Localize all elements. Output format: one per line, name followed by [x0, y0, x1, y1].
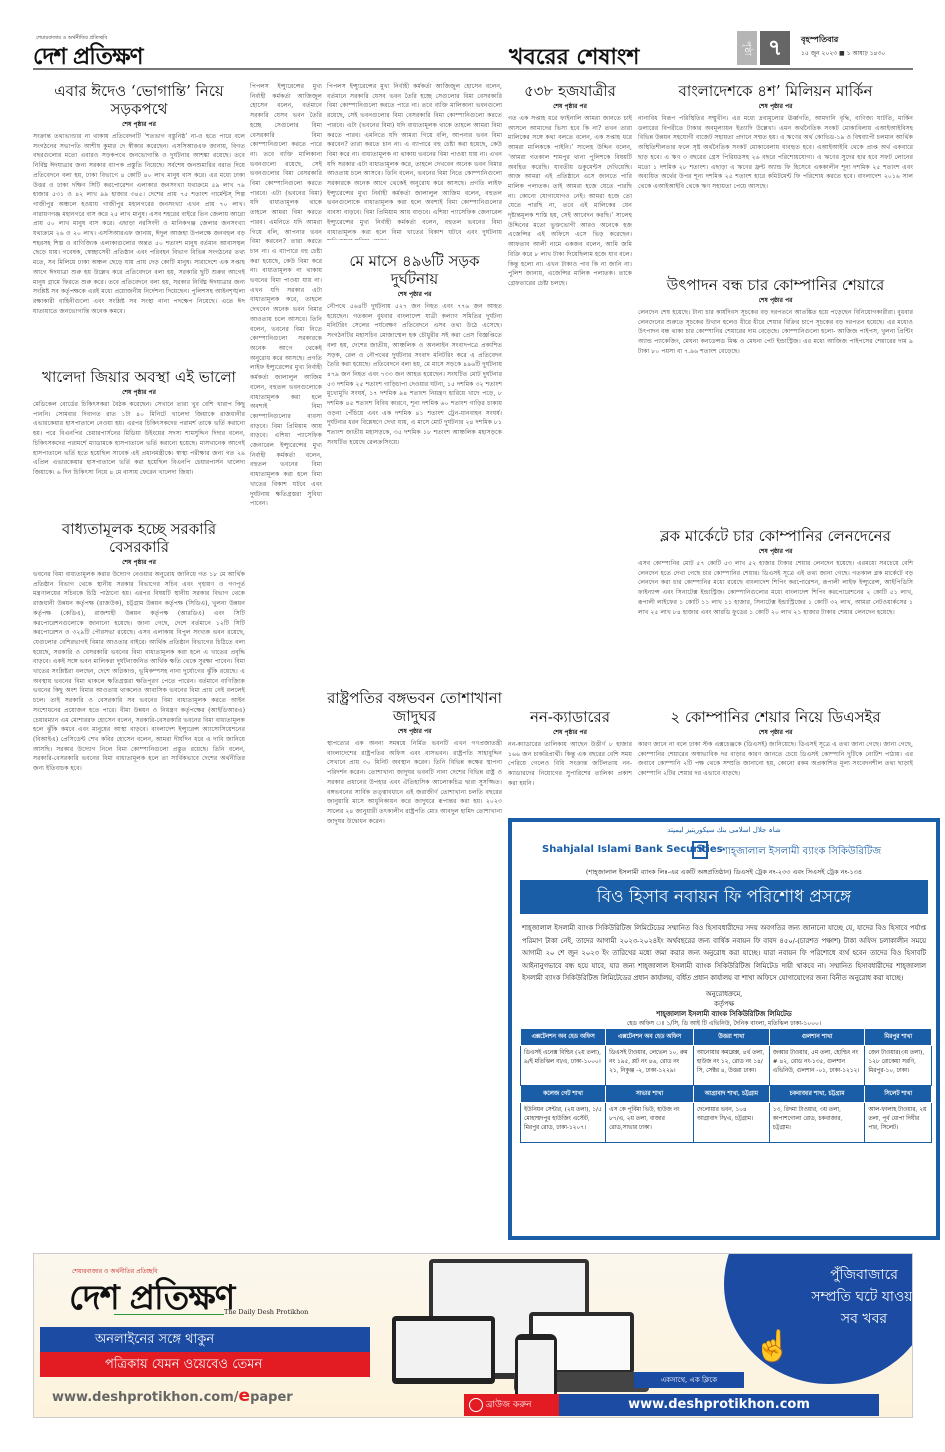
globe-icon — [469, 1398, 483, 1412]
article-body: সংক্রান্ত তথ্যভাণ্ডার না থাকায় প্রতিবেদ… — [33, 132, 245, 364]
branch-header: চকবাজার শাখা, চট্টগ্রাম — [769, 1086, 865, 1103]
epaper-url-suffix: paper — [250, 1390, 293, 1405]
article-body: নানাবিধ বিরূপ পরিস্থিতির সম্মুখীন। এর মধ… — [638, 114, 913, 272]
article-non-cadre: নন-ক্যাডারের শেষ পৃষ্ঠার পর নন-ক্যাডারের… — [508, 708, 632, 798]
article-body: কারণ জানে না বলে ঢাকা স্টক এক্সচেঞ্জকে (… — [638, 740, 913, 790]
promo-divider — [114, 1314, 224, 1315]
article-headline[interactable]: খালেদা জিয়ার অবস্থা এই ভালো — [33, 368, 245, 386]
branch-address: ডিএসই এনেক্স বিল্ডিং (২য় তলা), ৯/ই মতিঝ… — [521, 1046, 606, 1086]
article-body: লেনদেন শেষ হয়েছে। টানা চার কার্যদিবস সূ… — [638, 308, 913, 523]
article-road-accidents: মে মাসে ৪৯৬টি সড়ক দুর্ঘটনায় শেষ পৃষ্ঠা… — [327, 248, 502, 702]
branch-header-row: এক্সটেনশন অব হেড অফিস এক্সটেনশন অব হেড অ… — [521, 1029, 932, 1046]
continued-label: শেষ পৃষ্ঠার পর — [327, 289, 502, 300]
page-number: ৭ — [760, 31, 790, 65]
branch-header: এক্সটেনশন অব হেড অফিস — [521, 1029, 606, 1046]
branch-address: আল-ফালাহ টাওয়ার, ২য় তলা, পূর্ব ধোপা দি… — [865, 1103, 932, 1143]
article-headline[interactable]: ব্লক মার্কেটে চার কোম্পানির লেনদেনের — [638, 527, 913, 545]
article-body: গত এক সপ্তাহ ধরে ফাইনালি আমরা জানতে চাই … — [508, 114, 632, 704]
browse-label: ব্রাউজ করুন — [486, 1400, 532, 1410]
column-1: এবার ঈদেও ‘ভোগান্তি’ নিয়ে সড়কপথে শেষ প… — [33, 78, 245, 1220]
column-3: ৫৩৮ হজযাত্রীর শেষ পৃষ্ঠার পর গত এক সপ্তা… — [508, 78, 632, 798]
continued-label: শেষ পৃষ্ঠার পর — [638, 295, 913, 306]
epaper-e-logo: e — [239, 1386, 251, 1406]
page-label: পৃষ্ঠা — [737, 31, 757, 65]
promo-stay-online: অনলাইনের সঙ্গে থাকুন — [40, 1327, 370, 1352]
column-4: বাংলাদেশকে ৪শ’ মিলিয়ন মার্কিন শেষ পৃষ্ঠ… — [638, 78, 913, 790]
branch-address: ডিএসই টাওয়ার, লেভেল ১০, রুম নং ১৯৫, প্ল… — [606, 1046, 694, 1086]
date-day: বৃহস্পতিবার — [801, 34, 838, 47]
branch-address: এস কে পূর্বিমা ভিউ, হাউজ নং ৮৭/এ, ২য় তল… — [606, 1103, 694, 1143]
date-full: ১৫ জুন ২০২৩ ■ ১ আষাঢ় ১৪৩০ — [801, 48, 885, 59]
column-2-continuation: পিপলস ইন্স্যুরেন্সের মুখ্য নির্বাহী কর্ম… — [250, 78, 322, 1242]
article-dse-two-companies: ২ কোম্পানির শেয়ার নিয়ে ডিএসইর শেষ পৃষ্… — [638, 708, 913, 790]
article-headline[interactable]: রাষ্ট্রপতির বঙ্গভবন তোশাখানা জাদুঘর — [327, 689, 502, 725]
website-url-link[interactable]: www.deshprotikhon.com — [559, 1394, 879, 1416]
promo-headline-line: সম্প্রতি ঘটে যাওয়া — [794, 1286, 913, 1308]
article-body: নৌপথে ৫৬৪টি দুর্ঘটনায় ৫২৭ জন নিহত এবং ৭… — [327, 302, 502, 702]
article-khaleda-zia: খালেদা জিয়ার অবস্থা এই ভালো শেষ পৃষ্ঠার… — [33, 368, 245, 516]
branch-address: আনোয়ার কমপ্লেক্স, ৪র্থ তলা, হাউজ নং ১২,… — [693, 1046, 769, 1086]
promo-one-click: একসাথে, এক ক্লিকে — [634, 1372, 744, 1388]
column-center-top: পিপলস ইন্স্যুরেন্সের মুখ্য নির্বাহী কর্ম… — [327, 78, 502, 240]
article-headline[interactable]: বাংলাদেশকে ৪শ’ মিলিয়ন মার্কিন — [638, 82, 913, 100]
epaper-promo-banner[interactable]: শেয়ারবাজার ও অর্থনীতির প্রতিচ্ছবি দেশ প… — [33, 1253, 913, 1418]
branch-address: জব্বার টাওয়ার, ৫ম তলা, হোল্ডিং নং # ৪২,… — [769, 1046, 865, 1086]
branch-header: সাভার শাখা — [606, 1086, 694, 1103]
ad-subtitle: (শাহ্জালাল ইসলামী ব্যাংক লিঃ-এর একটি অঙ্… — [512, 867, 936, 878]
promo-same-as-paper: পত্রিকায় যেমন ওয়েবেও তেমন — [40, 1352, 370, 1377]
branch-header-row: কলেজ গেট শাখা সাভার শাখা আগ্রাবাদ শাখা, … — [521, 1086, 932, 1103]
branch-header: এক্সটেনশন অব হেড অফিস — [606, 1029, 694, 1046]
section-title: খবরের শেষাংশ — [509, 40, 639, 77]
branch-header: কলেজ গেট শাখা — [521, 1086, 606, 1103]
promo-headline: পুঁজিবাজারে সম্প্রতি ঘটে যাওয়া সব খবর — [794, 1264, 913, 1330]
branch-table: এক্সটেনশন অব হেড অফিস এক্সটেনশন অব হেড অ… — [520, 1028, 932, 1143]
continued-label: শেষ পৃষ্ঠার পর — [508, 101, 632, 112]
article-headline[interactable]: মে মাসে ৪৯৬টি সড়ক দুর্ঘটনায় — [327, 252, 502, 288]
newspaper-logo[interactable]: দেশ প্রতিক্ষণ — [33, 38, 143, 77]
branch-header: উত্তরা শাখা — [693, 1029, 769, 1046]
epaper-url-prefix: www.deshprotikhon.com/ — [52, 1390, 239, 1405]
branch-address: দেলোয়ার ভবন, ১০৪ আগ্রাবাদ সি/এ, চট্টগ্র… — [693, 1103, 769, 1143]
continued-label: শেষ পৃষ্ঠার পর — [508, 727, 632, 738]
article-hajj-pilgrims: ৫৩৮ হজযাত্রীর শেষ পৃষ্ঠার পর গত এক সপ্তা… — [508, 82, 632, 704]
article-body: এসব কোম্পানির মোট ৫৭ কোটি ৫৩ লাখ ৫২ হাজা… — [638, 559, 913, 704]
sibl-logo-icon: S — [692, 841, 708, 859]
ad-body: শাহ্জালাল ইসলামী ব্যাংক সিকিউরিটিজ লিমিট… — [522, 922, 926, 985]
continued-label: শেষ পৃষ্ঠার পর — [327, 726, 502, 737]
continued-label: শেষ পৃষ্ঠার পর — [33, 119, 245, 130]
article-headline[interactable]: উৎপাদন বন্ধ চার কোম্পানির শেয়ারে — [638, 276, 913, 294]
continued-label: শেষ পৃষ্ঠার পর — [638, 546, 913, 557]
article-body: মেডিকেল বোর্ডের চিকিৎসকরা বৈঠক করেছেন। স… — [33, 400, 245, 516]
pointing-hand-icon: ☝ — [754, 1329, 791, 1364]
branch-header: গুলশান শাখা — [769, 1029, 865, 1046]
article-aiib-loan: বাংলাদেশকে ৪শ’ মিলিয়ন মার্কিন শেষ পৃষ্ঠ… — [638, 82, 913, 272]
article-headline[interactable]: নন-ক্যাডারের — [508, 708, 632, 726]
ad-banner-title: বিও হিসাব নবায়ন ফি পরিশোধ প্রসঙ্গে — [520, 880, 928, 914]
promo-headline-line: পুঁজিবাজারে — [794, 1264, 913, 1286]
article-bangabhaban-museum: রাষ্ট্রপতির বঙ্গভবন তোশাখানা জাদুঘর শেষ … — [327, 685, 502, 829]
tablet-illustration — [392, 1316, 495, 1384]
branch-address: ইউনিয়ন সেন্টার, (২য় তলা), ১/৫ মোহাম্মদ… — [521, 1103, 606, 1143]
article-mandatory-insurance: বাধ্যতামূলক হচ্ছে সরকারি বেসরকারি শেষ পৃ… — [33, 520, 245, 1220]
article-body: পিপলস ইন্স্যুরেন্সের মুখ্য নির্বাহী কর্ম… — [250, 82, 322, 1242]
article-closed-companies-shares: উৎপাদন বন্ধ চার কোম্পানির শেয়ারে শেষ পৃ… — [638, 276, 913, 523]
article-body: স্থাপত্যের এক অনন্য সমন্বয়ে নির্মিত ভবন… — [327, 739, 502, 829]
continued-label: শেষ পৃষ্ঠার পর — [33, 387, 245, 398]
article-headline[interactable]: ৫৩৮ হজযাত্রীর — [508, 82, 632, 100]
continued-label: শেষ পৃষ্ঠার পর — [638, 727, 913, 738]
article-headline[interactable]: এবার ঈদেও ‘ভোগান্তি’ নিয়ে সড়কপথে — [33, 82, 245, 118]
promo-logo-english: The Daily Desh Protikhon — [224, 1308, 308, 1316]
sibl-securities-advertisement: شاہ جلال اسلامی بنك سیکوریتیز لیمیتد Sha… — [508, 818, 940, 1240]
article-body: পিপলস ইন্স্যুরেন্সের মুখ্য নির্বাহী কর্ম… — [327, 82, 502, 240]
branch-address-row: ডিএসই এনেক্স বিল্ডিং (২য় তলা), ৯/ই মতিঝ… — [521, 1046, 932, 1086]
branch-header: আগ্রাবাদ শাখা, চট্টগ্রাম — [693, 1086, 769, 1103]
promo-headline-line: সব খবর — [794, 1308, 913, 1330]
article-headline[interactable]: বাধ্যতামূলক হচ্ছে সরকারি বেসরকারি — [33, 520, 245, 556]
branch-header: মিরপুর শাখা — [865, 1029, 932, 1046]
epaper-url-link[interactable]: www.deshprotikhon.com/epaper — [52, 1386, 293, 1406]
branch-header: সিলেট শাখা — [865, 1086, 932, 1103]
branch-address-row: ইউনিয়ন সেন্টার, (২য় তলা), ১/৫ মোহাম্মদ… — [521, 1103, 932, 1143]
branch-address: ১৩, রিদমা টাওয়ার, ৩য় তলা, কাপাশগোলা রো… — [769, 1103, 865, 1143]
browse-button[interactable]: ব্রাউজ করুন — [464, 1394, 559, 1416]
branch-address: জেন টাওয়ার(৩য় তলা), ১২৮ রোকেয়া সরণি, … — [865, 1046, 932, 1086]
article-headline[interactable]: ২ কোম্পানির শেয়ার নিয়ে ডিএসইর — [638, 708, 913, 726]
promo-logo: দেশ প্রতিক্ষণ — [69, 1272, 234, 1329]
article-body: ভবনের বিমা বাধ্যতামূলক করার উদ্যোগ নেওয়… — [33, 570, 245, 1220]
article-eid-travel: এবার ঈদেও ‘ভোগান্তি’ নিয়ে সড়কপথে শেষ প… — [33, 82, 245, 364]
masthead: শেয়ারবাজার ও অর্থনীতির প্রতিচ্ছবি দেশ প… — [33, 28, 913, 70]
continued-label: শেষ পৃষ্ঠার পর — [638, 101, 913, 112]
article-block-market: ব্লক মার্কেটে চার কোম্পানির লেনদেনের শেষ… — [638, 527, 913, 704]
continued-label: শেষ পৃষ্ঠার পর — [33, 557, 245, 568]
ad-brand-bangla: শাহ্জালাল ইসলামী ব্যাংক সিকিউরিটিজ — [722, 844, 881, 861]
article-body: নন-ক্যাডারের তালিকায় আছেন উত্তীর্ণ ৮ হা… — [508, 740, 632, 798]
ad-arabic-name: شاہ جلال اسلامی بنك سیکوریتیز لیمیتد — [512, 826, 936, 834]
